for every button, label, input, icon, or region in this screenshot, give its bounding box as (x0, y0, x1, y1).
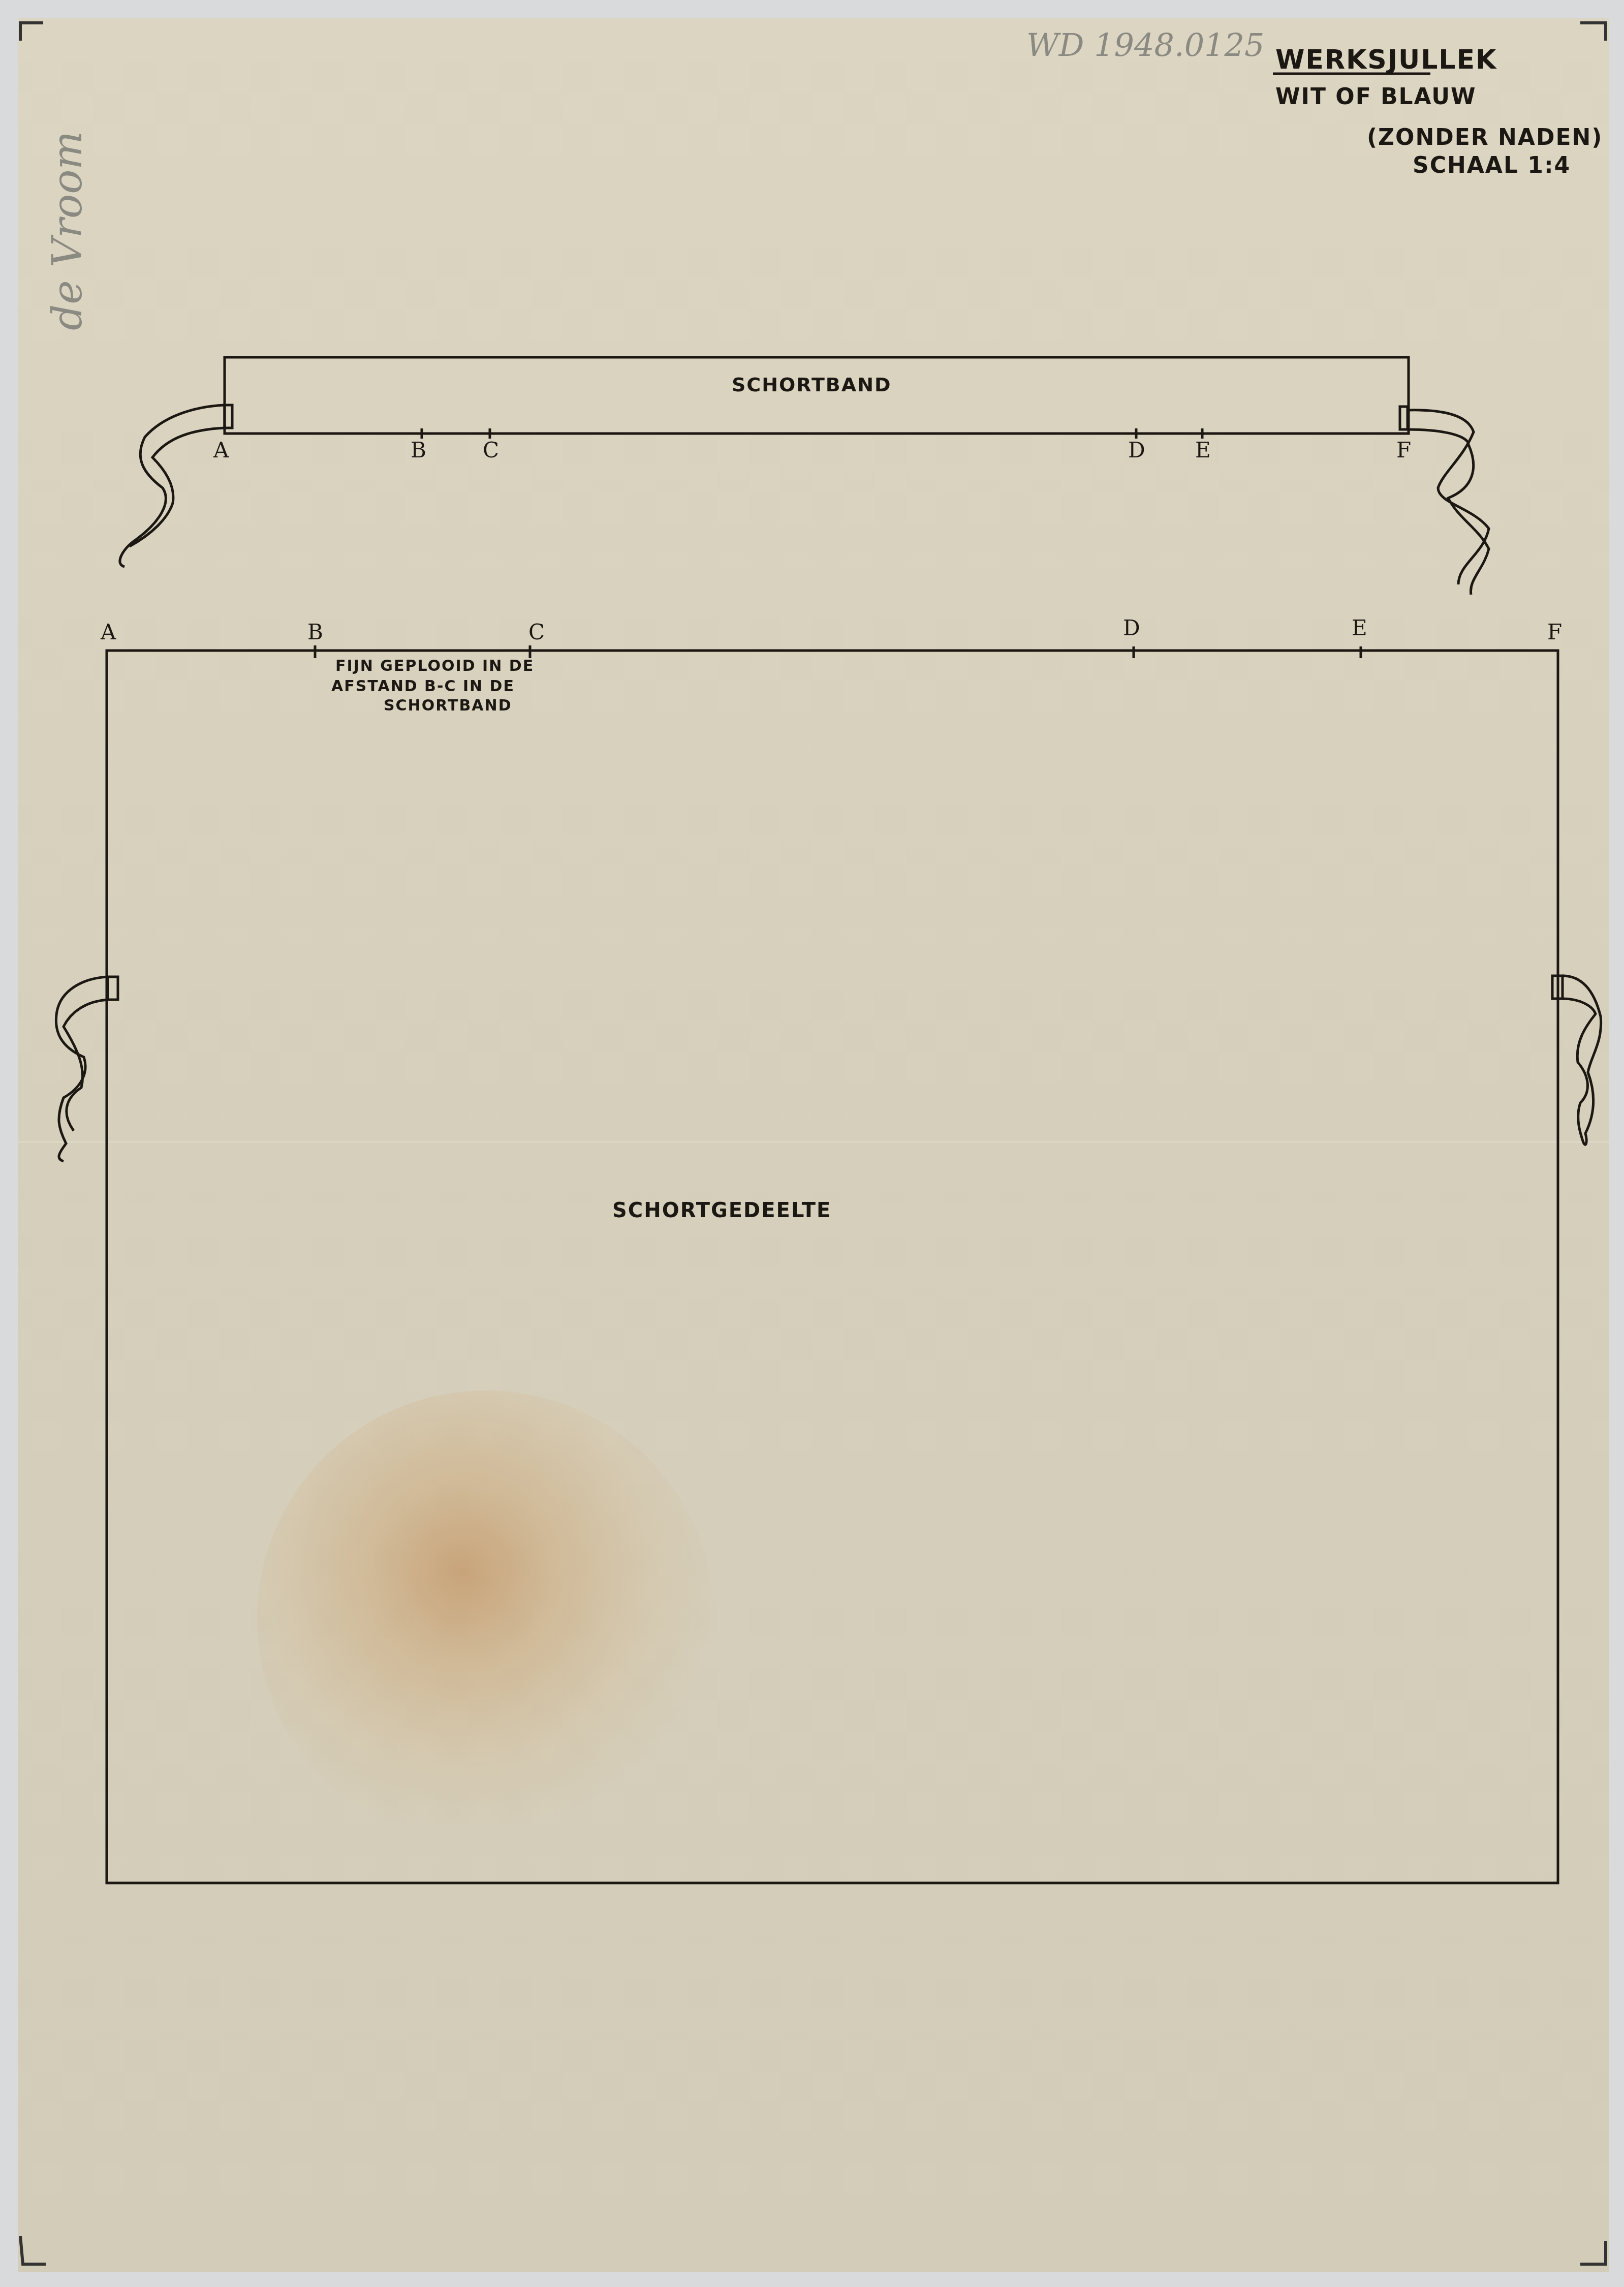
apron-panel-points: A B C D E F (100, 615, 1562, 644)
svg-text:F: F (1396, 438, 1411, 462)
pattern-drawing: WD 1948.0125 de Vroom WERKSJULLEK WIT OF… (0, 0, 1624, 2287)
svg-text:A: A (213, 438, 229, 462)
apron-panel (56, 645, 1601, 1883)
waistband-label: SCHORTBAND (732, 374, 892, 396)
title: WERKSJULLEK (1275, 45, 1497, 75)
svg-text:B: B (307, 620, 323, 644)
svg-text:E: E (1195, 438, 1211, 462)
svg-text:F: F (1547, 620, 1562, 644)
svg-text:A: A (100, 620, 116, 644)
svg-text:C: C (528, 620, 545, 644)
subtitle: WIT OF BLAUW (1275, 84, 1477, 110)
svg-text:C: C (483, 438, 499, 462)
note: (ZONDER NADEN) (1367, 125, 1603, 150)
svg-text:D: D (1128, 438, 1145, 462)
pleat-note: FIJN GEPLOOID IN DE AFSTAND B-C IN DE SC… (331, 657, 534, 715)
svg-text:AFSTAND B-C IN DE: AFSTAND B-C IN DE (331, 677, 515, 695)
svg-text:D: D (1123, 615, 1140, 640)
title-block: WERKSJULLEK WIT OF BLAUW (ZONDER NADEN) … (1273, 45, 1603, 178)
signature: de Vroom (44, 131, 91, 330)
svg-text:E: E (1352, 615, 1367, 640)
corner-marks (20, 23, 1606, 2264)
apron-panel-label: SCHORTGEDEELTE (612, 1199, 831, 1222)
waistband-points: A B C D E F (213, 438, 1411, 462)
svg-text:FIJN GEPLOOID IN DE: FIJN GEPLOOID IN DE (335, 657, 534, 675)
scale: SCHAAL 1:4 (1413, 152, 1571, 178)
catalog-number: WD 1948.0125 (1026, 26, 1264, 64)
svg-text:SCHORTBAND: SCHORTBAND (384, 697, 512, 715)
svg-text:B: B (411, 438, 426, 462)
